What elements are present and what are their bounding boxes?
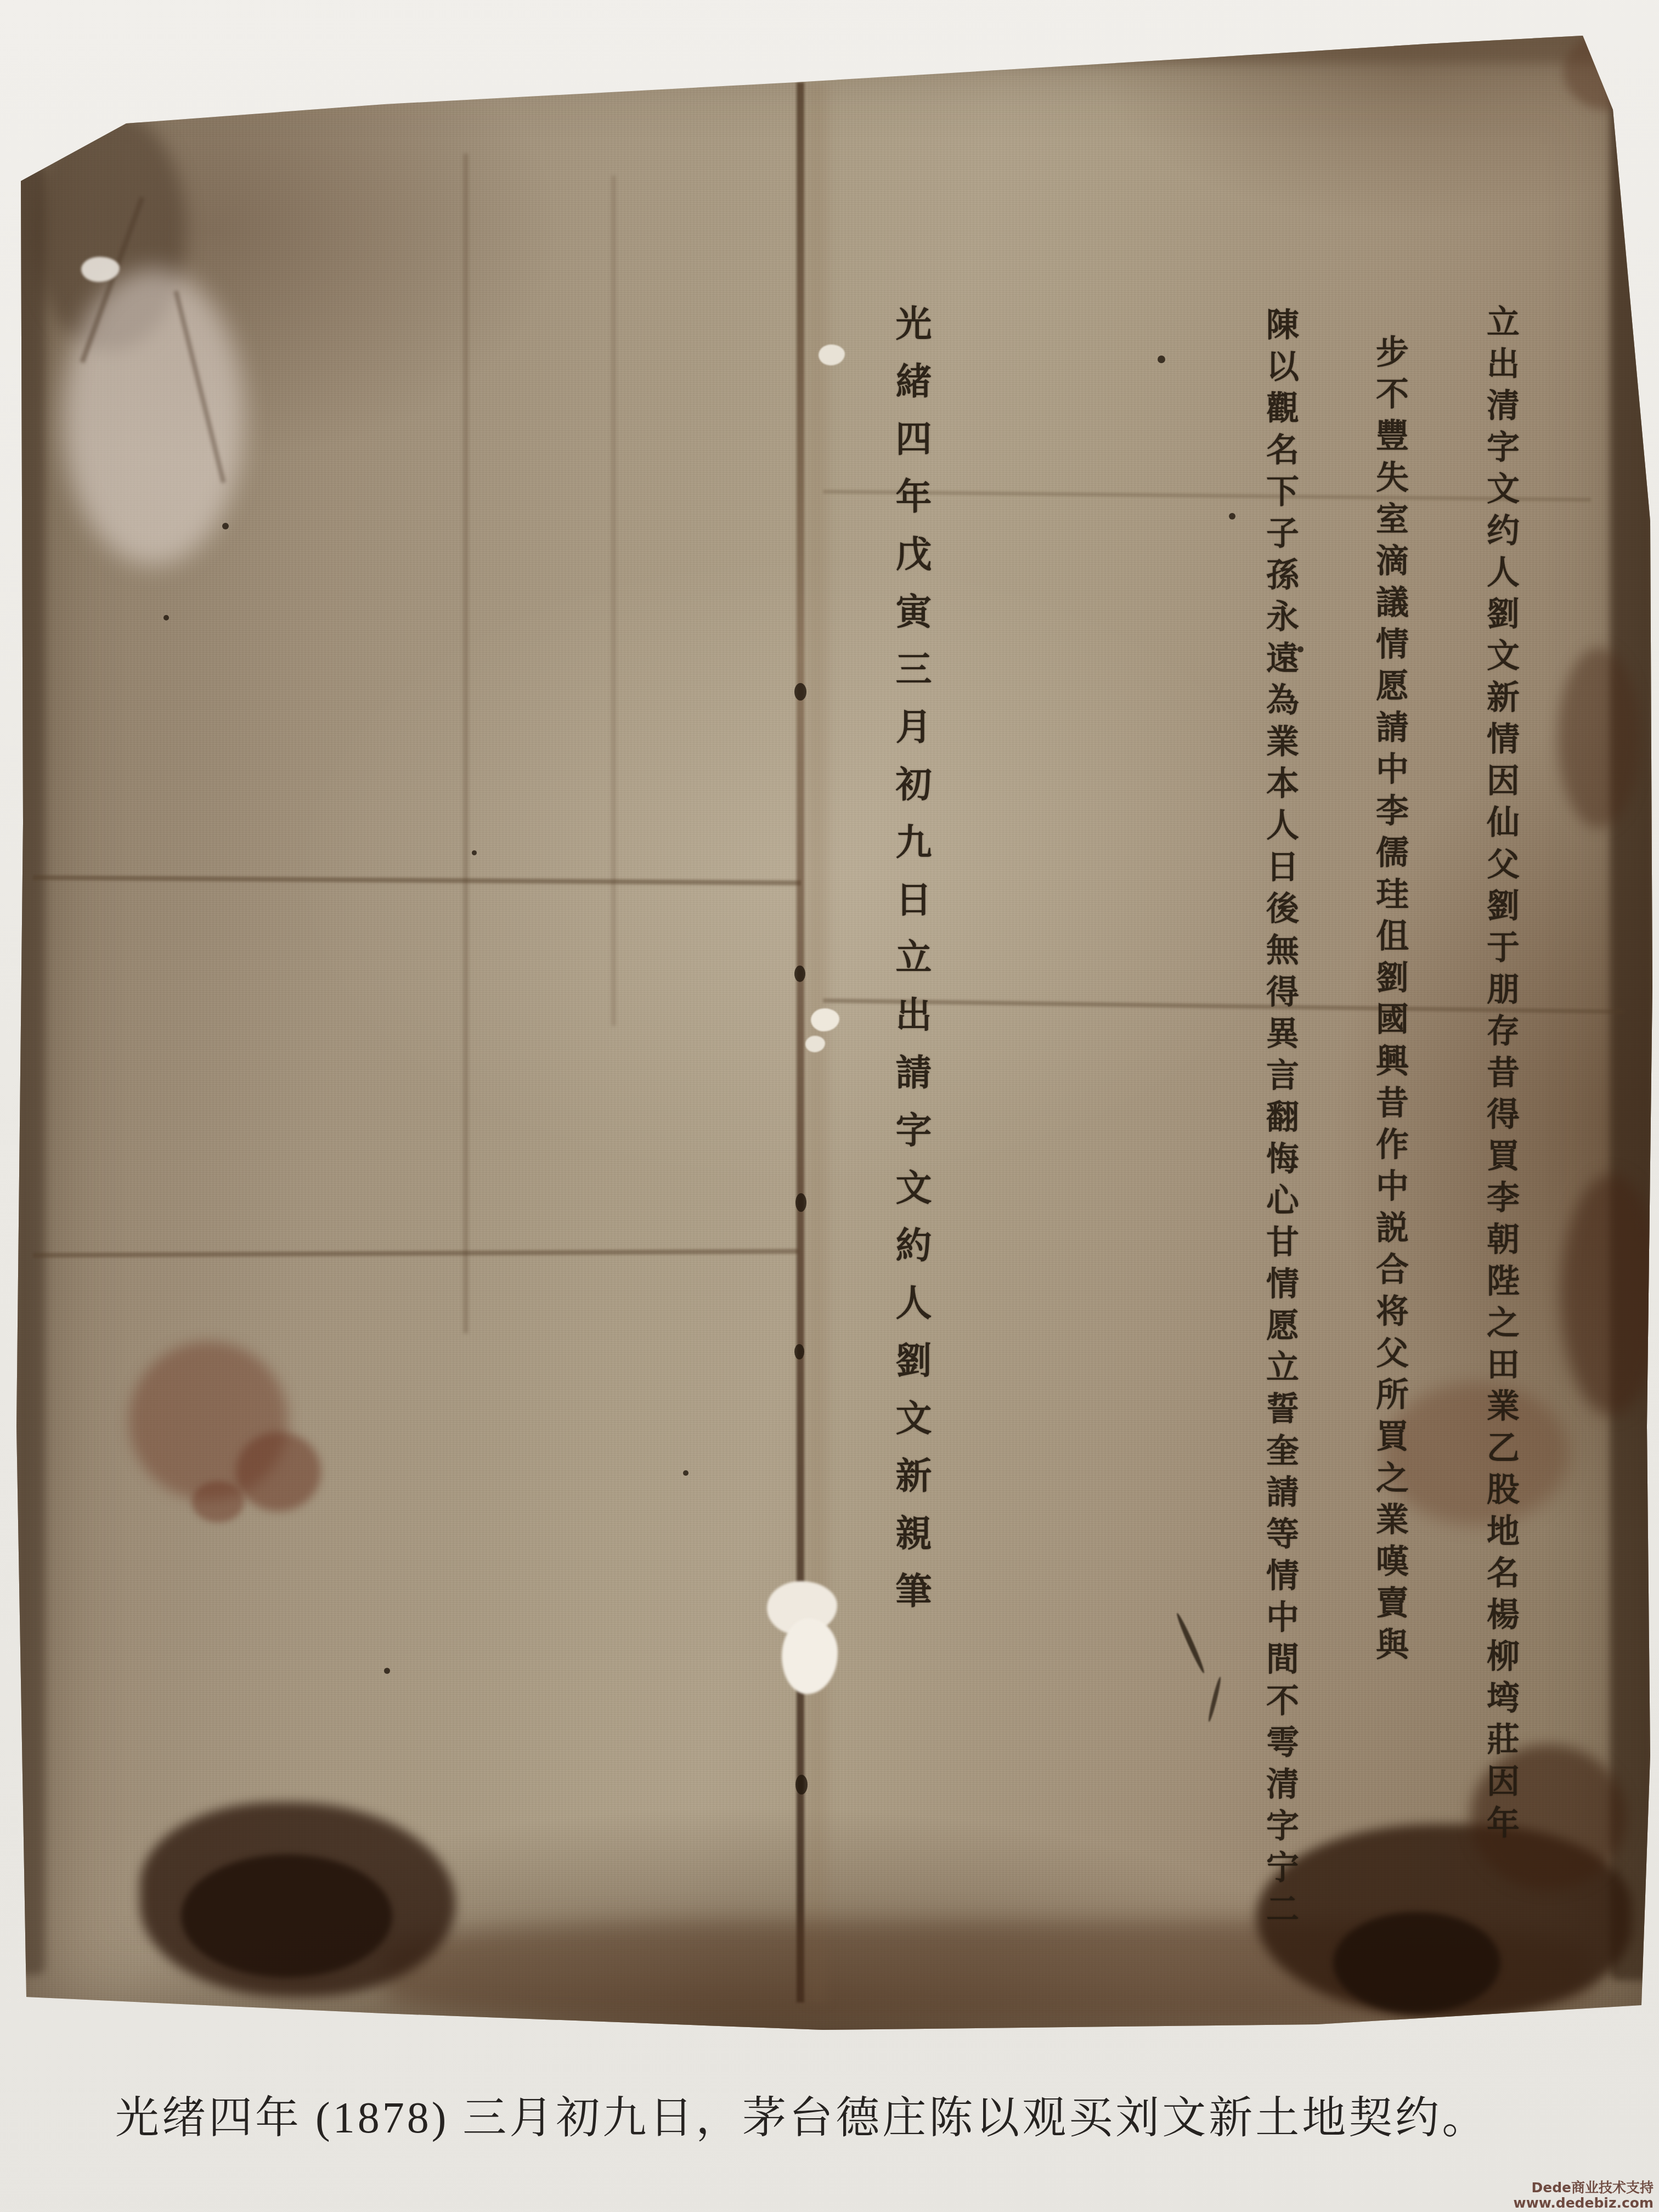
wrinkle-line xyxy=(80,196,145,363)
wrinkle-line xyxy=(174,290,226,483)
paper-stain xyxy=(1561,1174,1659,1415)
paper-stain xyxy=(1558,647,1640,828)
paper-stain xyxy=(129,1341,288,1500)
ink-speck xyxy=(472,850,477,855)
center-fold-crease xyxy=(797,82,804,2002)
watermark-text-line2: www.dedebiz.com xyxy=(1514,2196,1654,2211)
contract-text-column-1: 立出清字文约人劉文新情因仙父劉于朋存昔得買李朝陛之田業乙股地名楊柳塆莊因年 xyxy=(1476,304,1525,1847)
vertical-crease xyxy=(464,154,468,1333)
watermark-text-line1: Dede商业技术支持 xyxy=(1514,2180,1654,2196)
fold-dark-spot xyxy=(794,683,806,701)
fold-dark-spot xyxy=(794,966,805,982)
contract-text-column-2: 步不豐失室滴議情愿請中李儒珪伹劉國興昔作中説合将父所買之業嘆賣與 xyxy=(1365,335,1414,1669)
paper-stain xyxy=(1564,33,1651,110)
paper-stain xyxy=(384,1920,1591,2024)
paper-tear xyxy=(805,1036,825,1052)
ink-speck xyxy=(384,1668,390,1674)
fold-dark-spot xyxy=(795,1193,806,1212)
paper-stain xyxy=(16,165,45,1975)
contract-photo: 立出清字文约人劉文新情因仙父劉于朋存昔得買李朝陛之田業乙股地名楊柳塆莊因年 步不… xyxy=(16,30,1654,2030)
ink-speck xyxy=(683,1470,689,1476)
ink-speck xyxy=(222,523,229,529)
stray-brush-mark xyxy=(1175,1612,1206,1674)
paper-stain xyxy=(140,1802,455,1997)
paper-tear xyxy=(811,1008,839,1031)
paper-tear xyxy=(767,1581,837,1635)
paper-stain xyxy=(1610,82,1654,1980)
paper-sheen xyxy=(63,269,244,565)
paper-stain xyxy=(82,33,1618,63)
paper-stain xyxy=(181,1854,392,1978)
ink-speck xyxy=(1229,513,1235,520)
ink-speck xyxy=(163,615,169,620)
paper-tear xyxy=(81,257,120,282)
horizontal-crease xyxy=(33,875,801,885)
fold-dark-spot xyxy=(794,1344,804,1359)
paper-tear xyxy=(782,1618,838,1694)
stray-brush-mark xyxy=(1207,1676,1222,1722)
contract-date-column: 光緒四年戊寅三月初九日立出請字文約人劉文新親筆 xyxy=(883,304,938,1629)
horizontal-crease xyxy=(33,1249,798,1257)
photo-caption: 光绪四年 (1878) 三月初九日，茅台德庄陈以观买刘文新土地契约。 xyxy=(115,2082,1564,2145)
paper-stain xyxy=(1333,1912,1500,2013)
contract-text-column-3: 陳以觀名下子孫永遠為業本人日後無得異言翻悔心甘情愿立誓奎請等情中間不雩清字宁二 xyxy=(1255,307,1305,1933)
site-watermark: Dede商业技术支持 www.dedebiz.com xyxy=(1514,2180,1654,2211)
paper-tear xyxy=(819,345,845,365)
vertical-crease xyxy=(612,176,616,1026)
book-page: 立出清字文约人劉文新情因仙父劉于朋存昔得買李朝陛之田業乙股地名楊柳塆莊因年 步不… xyxy=(0,0,1659,2212)
paper-stain xyxy=(236,1432,321,1511)
paper-stain xyxy=(192,1481,244,1522)
paper-stain xyxy=(1256,1824,1632,2019)
center-fold-shadow xyxy=(806,82,827,2002)
fold-dark-spot xyxy=(795,1775,808,1795)
paper-stain xyxy=(33,110,187,351)
ink-speck xyxy=(1158,356,1165,363)
